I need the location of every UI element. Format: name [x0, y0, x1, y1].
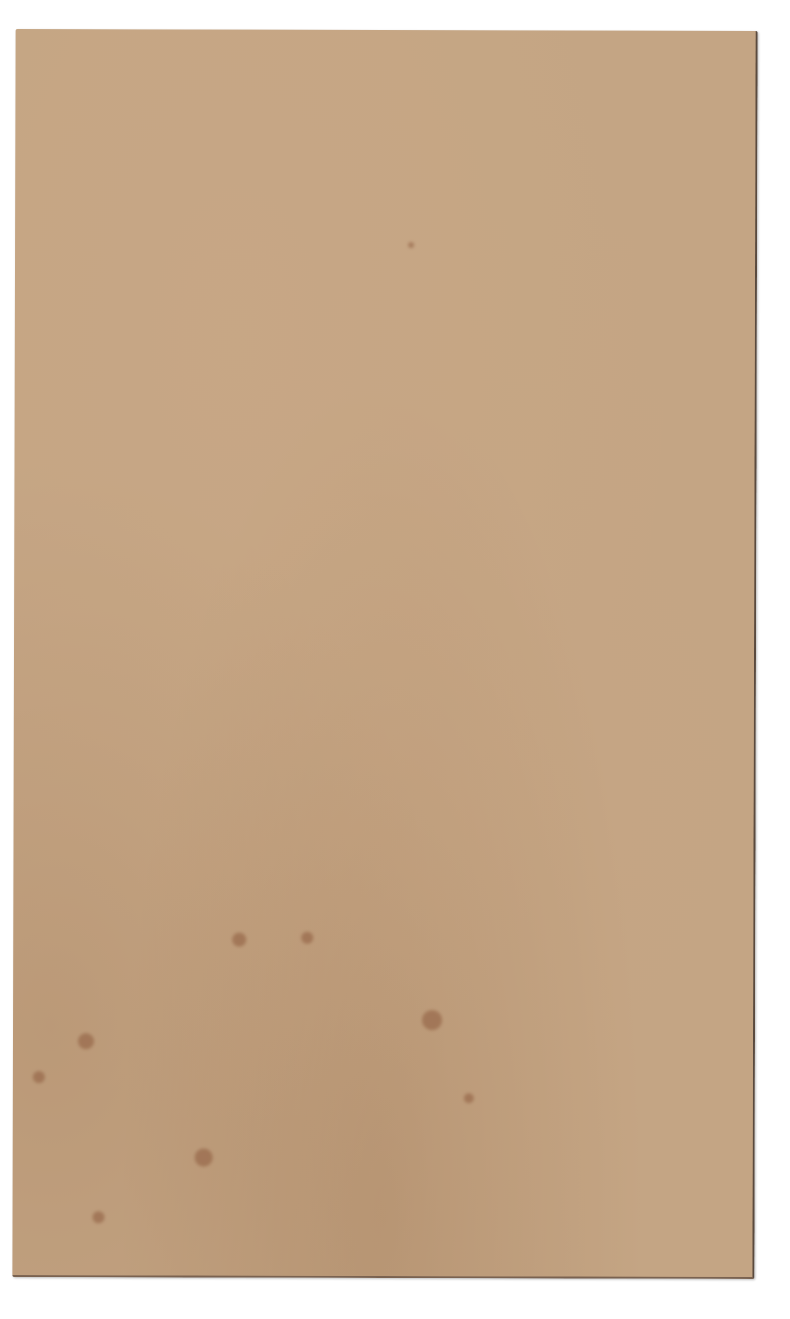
- stain-spot: [195, 1149, 213, 1167]
- paper-card: [12, 29, 757, 1279]
- stain-spot: [422, 1010, 442, 1030]
- stain-spot: [408, 242, 414, 248]
- stain-spot: [232, 933, 246, 947]
- stain-spot: [78, 1033, 94, 1049]
- stain-spot: [33, 1071, 45, 1083]
- stain-spot: [93, 1211, 105, 1223]
- stain-spot: [464, 1093, 474, 1103]
- stain-spot: [301, 932, 313, 944]
